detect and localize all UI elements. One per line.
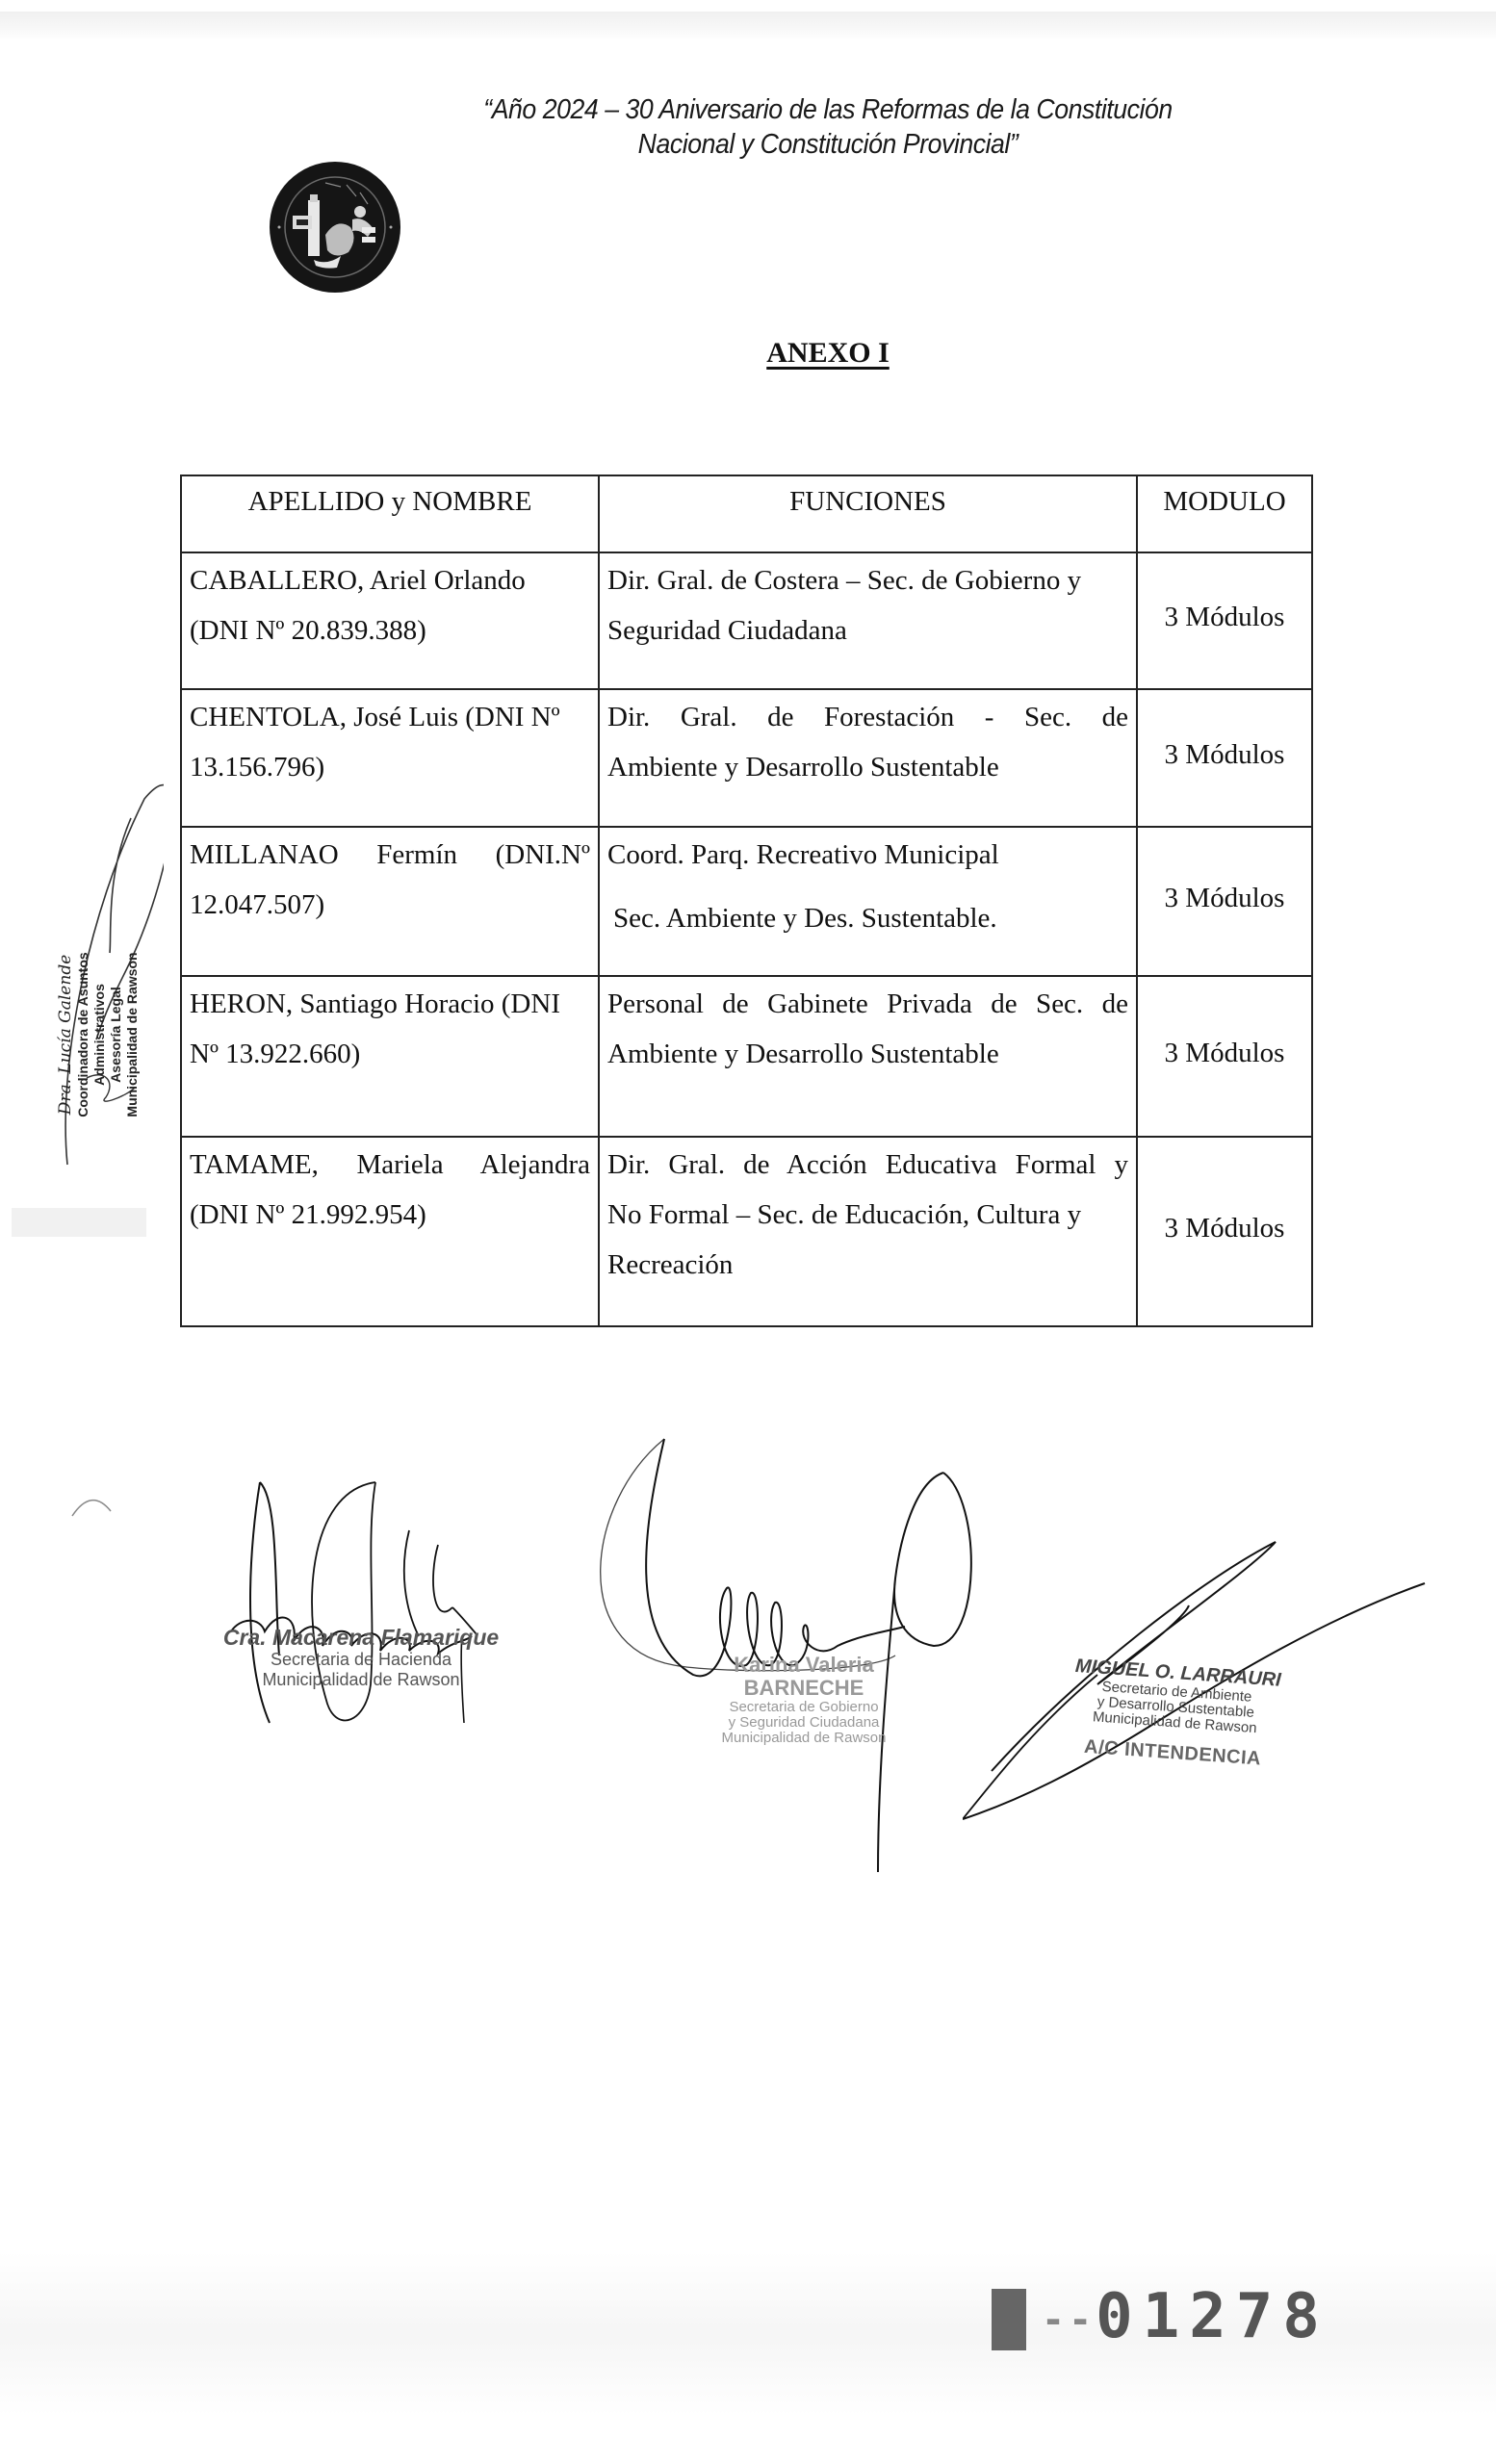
dni-line: 12.047.507) xyxy=(190,889,324,920)
stamp-line: Asesoría Legal xyxy=(108,910,124,1160)
motto-line-1: “Año 2024 – 30 Aniversario de las Reform… xyxy=(402,92,1252,127)
table-header-row: APELLIDO y NOMBRE FUNCIONES MODULO xyxy=(181,475,1312,552)
cell-name: TAMAME, Mariela Alejandra (DNI Nº 21.992… xyxy=(181,1137,599,1326)
cell-function: Dir. Gral. de Forestación - Sec. de Ambi… xyxy=(599,689,1137,827)
signature-1-icon xyxy=(221,1463,501,1732)
cell-function: Personal de Gabinete Privada de Sec. de … xyxy=(599,976,1137,1137)
dni-line: (DNI Nº 20.839.388) xyxy=(190,615,426,646)
table-row: TAMAME, Mariela Alejandra (DNI Nº 21.992… xyxy=(181,1137,1312,1326)
signer-title: Secretaria de Hacienda xyxy=(221,1650,501,1670)
cell-module: 3 Módulos xyxy=(1137,689,1312,827)
cell-function: Dir. Gral. de Costera – Sec. de Gobierno… xyxy=(599,552,1137,689)
signature-block-2: Karina Valeria BARNECHE Secretaria de Go… xyxy=(674,1654,934,1746)
stamp-signer-name: Dra. Lucía Galende xyxy=(56,910,75,1160)
function-line: Dir. Gral. de Forestación - Sec. de xyxy=(607,692,1128,742)
signer-name: Cra. Macarena Flamarique xyxy=(221,1625,501,1650)
name-line: HERON, Santiago Horacio (DNI xyxy=(190,988,560,1019)
function-line: No Formal – Sec. de Educación, Cultura y xyxy=(607,1199,1081,1230)
cell-name: MILLANAO Fermín (DNI.Nº 12.047.507) xyxy=(181,827,599,976)
cell-name: CABALLERO, Ariel Orlando (DNI Nº 20.839.… xyxy=(181,552,599,689)
function-line: Seguridad Ciudadana xyxy=(607,615,847,646)
dni-line: (DNI Nº 21.992.954) xyxy=(190,1199,426,1230)
cell-module: 3 Módulos xyxy=(1137,827,1312,976)
cell-function: Coord. Parq. Recreativo Municipal Sec. A… xyxy=(599,827,1137,976)
table-row: CABALLERO, Ariel Orlando (DNI Nº 20.839.… xyxy=(181,552,1312,689)
scan-smudge xyxy=(12,1208,146,1237)
cell-module: 3 Módulos xyxy=(1137,976,1312,1137)
cell-name: HERON, Santiago Horacio (DNI Nº 13.922.6… xyxy=(181,976,599,1137)
signature-block-1: Cra. Macarena Flamarique Secretaria de H… xyxy=(221,1625,501,1690)
name-line: CHENTOLA, José Luis (DNI Nº xyxy=(190,702,560,732)
signature-2-icon xyxy=(578,1424,982,1877)
folio-number: 01278 xyxy=(1096,2281,1329,2352)
signer-name: Karina Valeria BARNECHE xyxy=(674,1654,934,1700)
dni-line: Nº 13.922.660) xyxy=(190,1039,360,1069)
folio-mark-icon xyxy=(992,2289,1026,2350)
cell-function: Dir. Gral. de Acción Educativa Formal y … xyxy=(599,1137,1137,1326)
table-row: MILLANAO Fermín (DNI.Nº 12.047.507) Coor… xyxy=(181,827,1312,976)
signature-block-3: MIGUEL O. LARRAURI Secretario de Ambient… xyxy=(1057,1654,1295,1772)
margin-stamp: Dra. Lucía Galende Coordinadora de Asunt… xyxy=(56,910,141,1160)
signature-3-icon xyxy=(963,1482,1444,1829)
cell-name: CHENTOLA, José Luis (DNI Nº 13.156.796) xyxy=(181,689,599,827)
annex-title: ANEXO I xyxy=(732,337,924,370)
function-line: Dir. Gral. de Costera – Sec. de Gobierno… xyxy=(607,565,1081,596)
function-line: Sec. Ambiente y Des. Sustentable. xyxy=(607,893,1128,943)
motto-line-2: Nacional y Constitución Provincial” xyxy=(402,127,1252,162)
folio-dashes: -- xyxy=(1042,2297,1096,2342)
function-line: Personal de Gabinete Privada de Sec. de xyxy=(607,979,1128,1029)
name-line: TAMAME, Mariela Alejandra xyxy=(190,1140,590,1190)
function-line: Coord. Parq. Recreativo Municipal xyxy=(607,839,999,870)
function-line: Ambiente y Desarrollo Sustentable xyxy=(607,1039,999,1069)
municipal-seal-icon xyxy=(268,160,402,295)
cell-module: 3 Módulos xyxy=(1137,1137,1312,1326)
stamp-line: Municipalidad de Rawson xyxy=(124,910,141,1160)
name-line: MILLANAO Fermín (DNI.Nº xyxy=(190,830,590,880)
annex-table: APELLIDO y NOMBRE FUNCIONES MODULO CABAL… xyxy=(180,475,1313,1327)
dni-line: 13.156.796) xyxy=(190,752,324,783)
scan-edge-shading xyxy=(0,12,1496,40)
column-header-module: MODULO xyxy=(1137,475,1312,552)
signer-title: Secretaria de Gobierno xyxy=(674,1700,934,1715)
table-row: HERON, Santiago Horacio (DNI Nº 13.922.6… xyxy=(181,976,1312,1137)
signer-title: y Seguridad Ciudadana xyxy=(674,1715,934,1731)
signer-institution: Municipalidad de Rawson xyxy=(221,1670,501,1690)
function-line: Dir. Gral. de Acción Educativa Formal y xyxy=(607,1140,1128,1190)
table-row: CHENTOLA, José Luis (DNI Nº 13.156.796) … xyxy=(181,689,1312,827)
column-header-functions: FUNCIONES xyxy=(599,475,1137,552)
cell-module: 3 Módulos xyxy=(1137,552,1312,689)
signer-institution: Municipalidad de Rawson xyxy=(674,1731,934,1746)
header-motto: “Año 2024 – 30 Aniversario de las Reform… xyxy=(402,92,1252,162)
function-line: Ambiente y Desarrollo Sustentable xyxy=(607,752,999,783)
name-line: CABALLERO, Ariel Orlando xyxy=(190,565,526,596)
arc-mark-icon xyxy=(67,1492,116,1521)
column-header-name: APELLIDO y NOMBRE xyxy=(181,475,599,552)
stamp-line: Coordinadora de Asuntos Administrativos xyxy=(75,910,108,1160)
function-line: Recreación xyxy=(607,1249,733,1280)
folio-stamp: --01278 xyxy=(992,2281,1329,2352)
